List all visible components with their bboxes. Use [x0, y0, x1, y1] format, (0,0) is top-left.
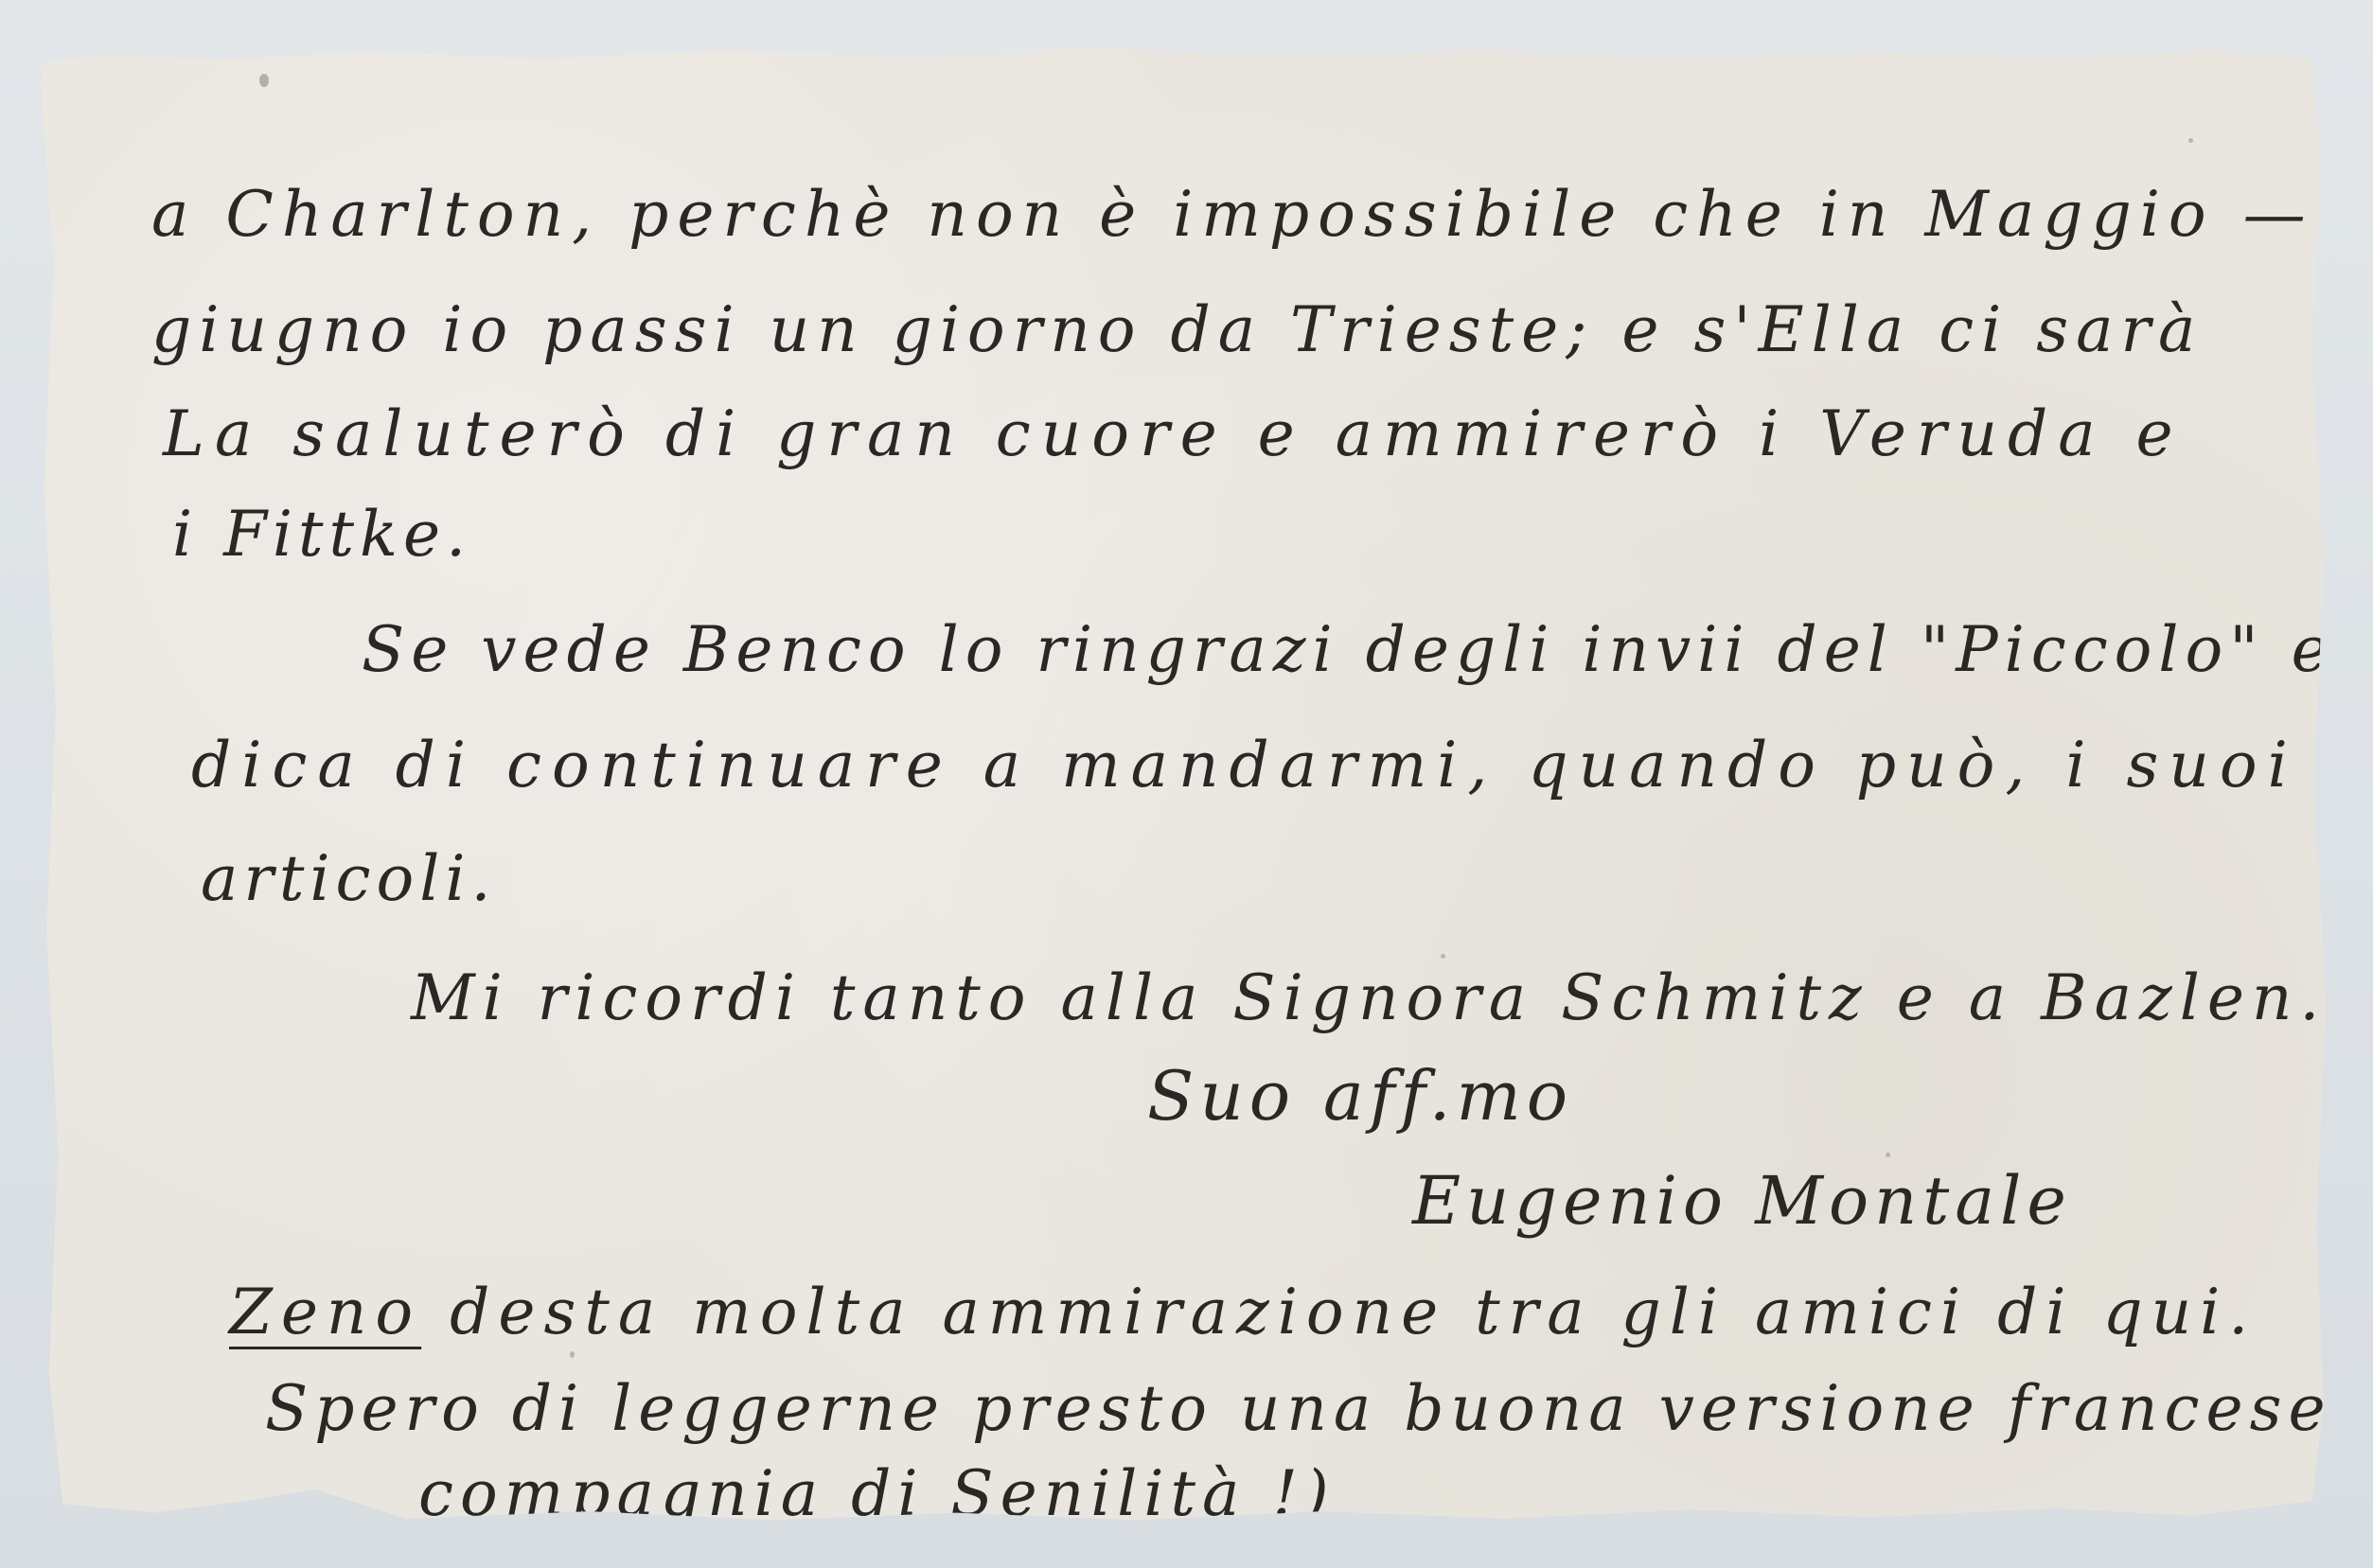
letter-paper: a Charlton, perchè non è impossibile che… — [40, 45, 2330, 1522]
letter-line-1: a Charlton, perchè non è impossibile che… — [151, 178, 2314, 251]
letter-line-5: Se vede Benco lo ringrazi degli invii de… — [362, 613, 2373, 686]
letter-line-2: giugno io passi un giorno da Trieste; e … — [151, 293, 2203, 366]
signature: Eugenio Montale — [1412, 1162, 2072, 1240]
postscript-line-2: Spero di leggerne presto una buona versi… — [265, 1372, 2373, 1445]
letter-line-7: articoli. — [201, 842, 496, 915]
postscript-line-1-rest: desta molta ammirazione tra gli amici di… — [450, 1276, 2257, 1348]
closing-salutation: Suo aff.mo — [1147, 1056, 1573, 1136]
letter-line-4: i Fittke. — [172, 498, 471, 571]
letter-line-8: Mi ricordi tanto alla Signora Schmitz e … — [411, 961, 2327, 1034]
letter-line-6: dica di continuare a mandarmi, quando pu… — [191, 729, 2298, 802]
postscript-line-1: Zeno desta molta ammirazione tra gli ami… — [229, 1276, 2257, 1348]
letter-body: a Charlton, perchè non è impossibile che… — [40, 45, 2330, 1522]
underlined-title-zeno: Zeno — [229, 1276, 421, 1348]
letter-line-3: La saluterò di gran cuore e ammirerò i V… — [163, 397, 2184, 470]
